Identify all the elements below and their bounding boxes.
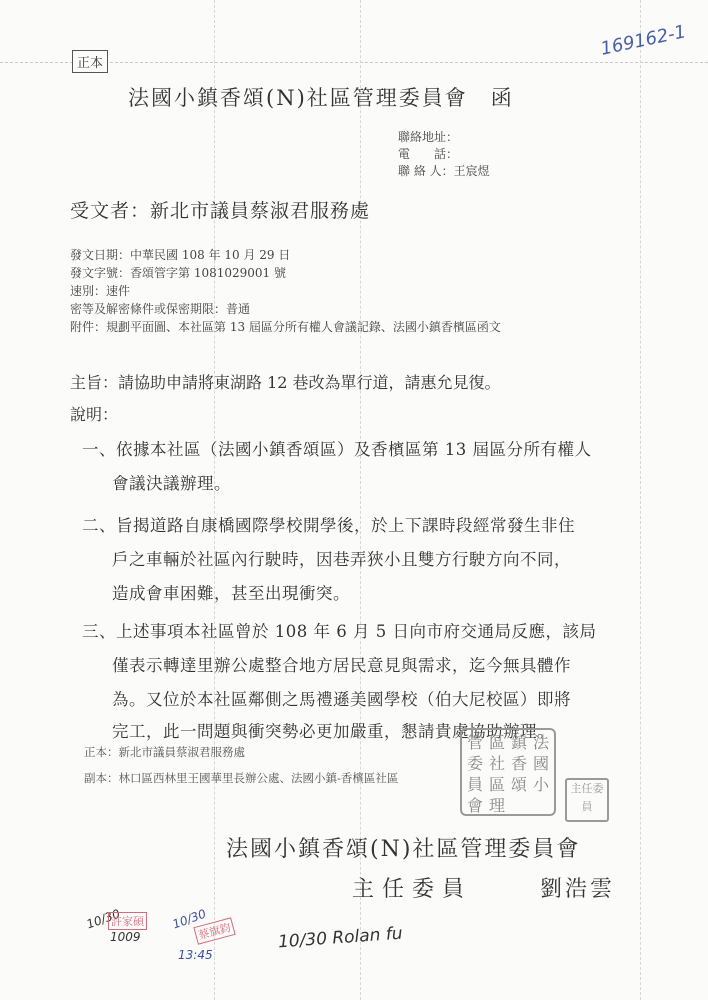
- copy-value: 林口區西林里王國華里長辦公處、法國小鎮-香檳區社區: [119, 771, 399, 785]
- meta-value: 普通: [226, 302, 250, 316]
- seal-char: 小: [530, 774, 552, 795]
- meta-speed: 速別：速件: [70, 282, 130, 299]
- item-number: 三、: [82, 622, 116, 641]
- seal-char: 鎮: [508, 732, 530, 753]
- explanation-item-1: 一、依據本社區（法國小鎮香頌區）及香檳區第 13 屆區分所有權人: [82, 436, 592, 460]
- handwritten-code-1: 1009: [110, 930, 141, 944]
- subject-value: 請協助申請將東湖路 12 巷改為單行道，請惠允見復。: [118, 373, 501, 392]
- seal-char: 委: [464, 753, 486, 774]
- original-recipient: 正本：新北市議員蔡淑君服務處: [84, 744, 245, 760]
- contact-address: 聯絡地址：: [398, 128, 458, 145]
- item-line: 造成會車困難，甚至出現衝突。: [112, 580, 350, 604]
- seal-char: 香: [508, 753, 530, 774]
- meta-value: 中華民國 108 年 10 月 29 日: [130, 248, 290, 262]
- recipient-label: 受文者：: [70, 200, 150, 222]
- original-label: 正本：: [84, 745, 119, 759]
- meta-label: 發文字號：: [70, 266, 130, 280]
- seal-char: 國: [530, 753, 552, 774]
- item-line: 旨揭道路自康橋國際學校開學後，於上下課時段經常發生非住: [116, 516, 575, 535]
- original-value: 新北市議員蔡淑君服務處: [119, 745, 246, 759]
- committee-seal: 法 鎮 區 管 國 香 社 委 小 頌 區 員 理 會: [460, 728, 556, 816]
- seal-char: 管: [464, 732, 486, 753]
- signature-title: 主任委員: [352, 872, 472, 903]
- item-line: 為。又位於本社區鄰側之馬禮遜美國學校（伯大尼校區）即將: [112, 686, 571, 710]
- contact-phone: 電 話：: [398, 145, 458, 162]
- contact-person-label: 聯 絡 人：: [398, 164, 454, 178]
- explanation-label: 說明：: [70, 402, 118, 425]
- meta-value: 規劃平面圖、本社區第 13 屆區分所有權人會議記錄、法國小鎮香檳區函文: [106, 320, 501, 334]
- contact-person-value: 王宸煜: [454, 164, 490, 178]
- meta-date: 發文日期：中華民國 108 年 10 月 29 日: [70, 246, 290, 263]
- copy-recipients: 副本：林口區西林里王國華里長辦公處、法國小鎮-香檳區社區: [84, 770, 398, 786]
- copy-label: 副本：: [84, 771, 119, 785]
- seal-char: 頌: [508, 774, 530, 795]
- recipient: 受文者：新北市議員蔡淑君服務處: [70, 196, 370, 223]
- meta-label: 密等及解密條件或保密期限：: [70, 302, 226, 316]
- contact-person: 聯 絡 人：王宸煜: [398, 162, 490, 179]
- item-number: 一、: [82, 440, 116, 459]
- signature-name: 劉浩雲: [540, 872, 615, 903]
- meta-value: 速件: [106, 284, 130, 298]
- seal-char: 社: [486, 753, 508, 774]
- subject-label: 主旨：: [70, 373, 118, 392]
- contact-address-label: 聯絡地址：: [398, 130, 458, 144]
- item-line: 會議決議辦理。: [112, 470, 231, 494]
- item-line: 戶之車輛於社區內行駛時，因巷弄狹小且雙方行駛方向不同，: [112, 546, 571, 570]
- reviewer-stamp-1: 許家碩: [108, 912, 147, 930]
- seal-char: 區: [486, 774, 508, 795]
- subject: 主旨：請協助申請將東湖路 12 巷改為單行道，請惠允見復。: [70, 370, 501, 393]
- seal-char: 法: [530, 732, 552, 753]
- seal-char: 會: [464, 795, 486, 816]
- contact-phone-label: 電 話：: [398, 147, 458, 161]
- seal-char: 理: [486, 795, 508, 816]
- recipient-value: 新北市議員蔡淑君服務處: [150, 200, 370, 222]
- chairman-seal: 主任委員: [565, 778, 609, 822]
- handwritten-code-2: 13:45: [178, 948, 213, 962]
- meta-classification: 密等及解密條件或保密期限：普通: [70, 300, 250, 317]
- official-letter-page: 正本 169162-1 法國小鎮香頌(N)社區管理委員會 函 聯絡地址： 電 話…: [0, 0, 708, 1000]
- meta-label: 速別：: [70, 284, 106, 298]
- fold-line: [640, 0, 641, 1000]
- handwritten-signoff: 10/30 Rolan fu: [277, 924, 403, 953]
- seal-char: 員: [464, 774, 486, 795]
- explanation-item-2: 二、旨揭道路自康橋國際學校開學後，於上下課時段經常發生非住: [82, 512, 575, 536]
- seal-char: 區: [486, 732, 508, 753]
- handwritten-reference-number: 169162-1: [599, 21, 688, 60]
- copy-type-box: 正本: [72, 50, 108, 73]
- meta-value: 香頌管字第 1081029001 號: [130, 266, 286, 280]
- meta-attachments: 附件：規劃平面圖、本社區第 13 屆區分所有權人會議記錄、法國小鎮香檳區函文: [70, 318, 501, 335]
- item-line: 上述事項本社區曾於 108 年 6 月 5 日向市府交通局反應，該局: [116, 622, 596, 641]
- item-line: 依據本社區（法國小鎮香頌區）及香檳區第 13 屆區分所有權人: [116, 440, 592, 459]
- meta-label: 附件：: [70, 320, 106, 334]
- item-number: 二、: [82, 516, 116, 535]
- meta-doc-number: 發文字號：香頌管字第 1081029001 號: [70, 264, 286, 281]
- letter-title: 法國小鎮香頌(N)社區管理委員會 函: [128, 82, 514, 112]
- meta-label: 發文日期：: [70, 248, 130, 262]
- fold-line: [214, 0, 215, 1000]
- explanation-item-3: 三、上述事項本社區曾於 108 年 6 月 5 日向市府交通局反應，該局: [82, 618, 596, 642]
- signature-organization: 法國小鎮香頌(N)社區管理委員會: [226, 832, 580, 863]
- item-line: 僅表示轉達里辦公處整合地方居民意見與需求，迄今無具體作: [112, 652, 571, 676]
